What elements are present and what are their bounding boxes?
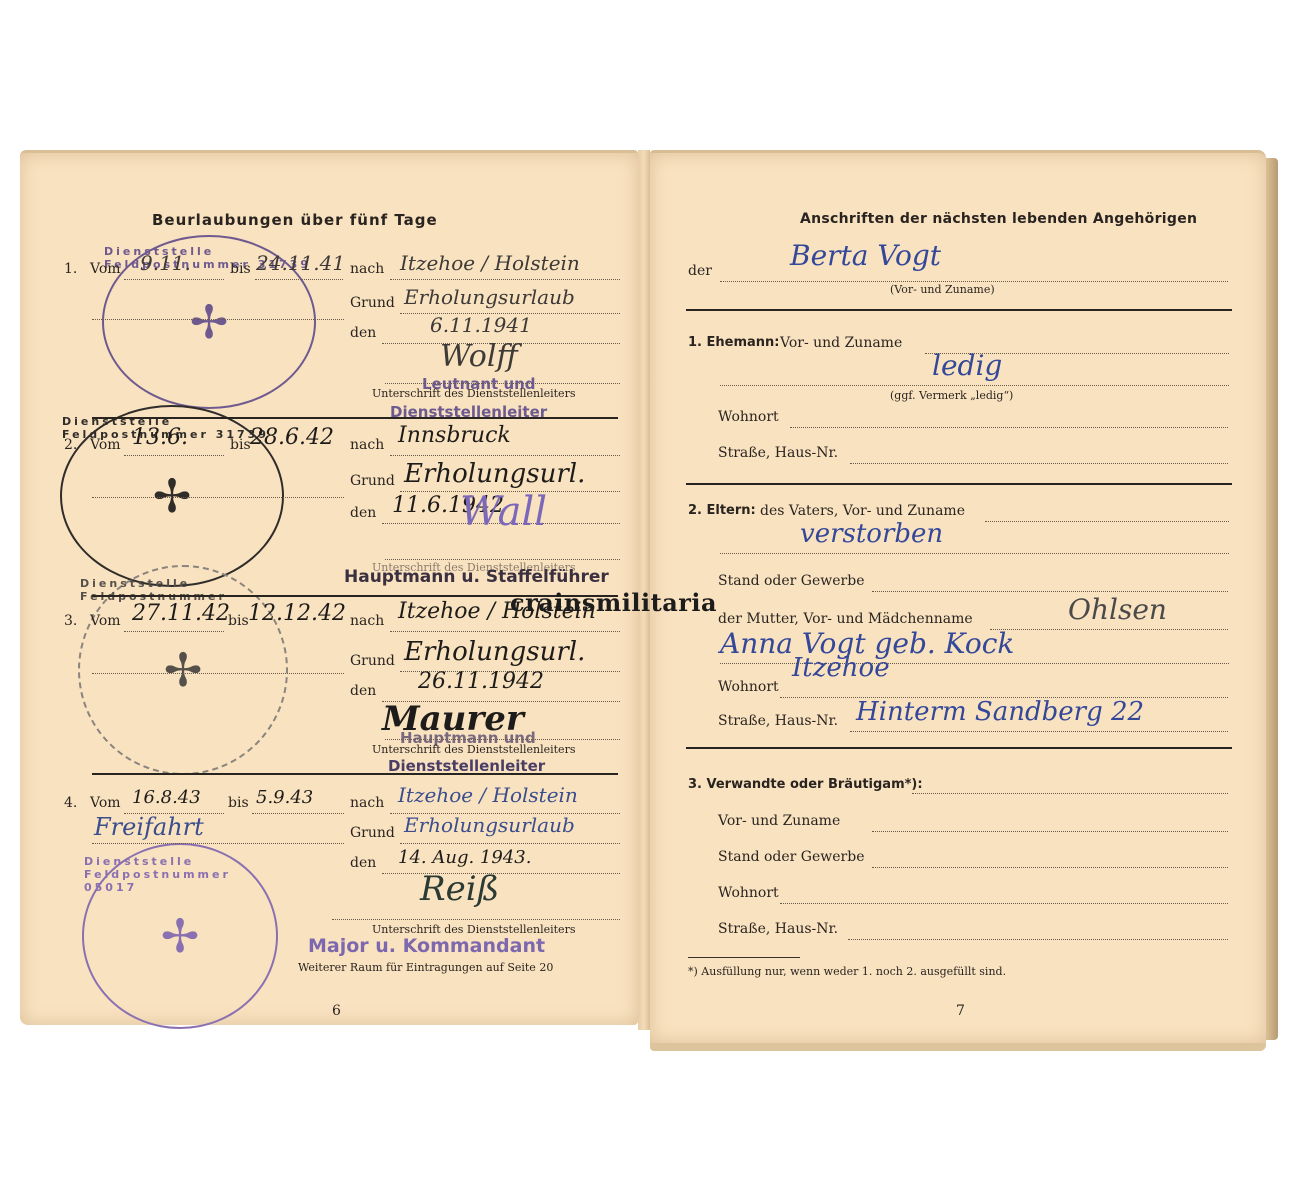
entry-grund-value: Erholungsurl. — [404, 637, 585, 667]
parents-wohnort-value: Itzehoe — [792, 653, 890, 683]
officer-signature: Wolff — [440, 339, 518, 374]
stamp-ring-text: Dienststelle Feldpostnummer — [80, 577, 286, 603]
eagle-emblem-icon: ✢ — [190, 299, 229, 345]
husband-strasse-label: Straße, Haus-Nr. — [718, 445, 838, 461]
stamp-ring-text: Dienststelle Feldpostnummer 05017 — [84, 855, 276, 894]
grund-label: Grund — [350, 295, 395, 311]
entry-number: 3. — [64, 613, 77, 629]
nach-label: nach — [350, 795, 384, 811]
footnote-divider — [688, 957, 800, 958]
grund-label: Grund — [350, 473, 395, 489]
entry-vom-value: 9.11. — [140, 251, 191, 275]
nach-label: nach — [350, 261, 384, 277]
entry-extra-note: Freifahrt — [94, 813, 204, 841]
entry-nach-value: Innsbruck — [398, 423, 511, 448]
officer-signature: Reiß — [420, 869, 499, 909]
entry-bis-value: 5.9.43 — [256, 787, 313, 808]
husband-name-value: ledig — [932, 349, 1002, 382]
entry-bis-value: 28.6.42 — [250, 425, 334, 450]
mother-name-label: der Mutter, Vor- und Mädchenname — [718, 611, 973, 627]
footnote: *) Ausfüllung nur, wenn weder 1. noch 2.… — [688, 965, 1006, 978]
vom-label: Vom — [90, 613, 121, 629]
bis-label: bis — [230, 437, 251, 453]
entry-bis-value: 24.11.41 — [256, 251, 345, 275]
eagle-emblem-icon: ✢ — [153, 473, 192, 519]
entry-number: 4. — [64, 795, 77, 811]
right-page-heading: Anschriften der nächsten lebenden Angehö… — [800, 211, 1197, 227]
bis-label: bis — [228, 795, 249, 811]
nach-label: nach — [350, 437, 384, 453]
entry-nach-value: Itzehoe / Holstein — [400, 251, 580, 275]
entry-grund-value: Erholungsurl. — [404, 459, 585, 489]
left-page-heading: Beurlaubungen über fünf Tage — [152, 211, 438, 229]
page-number-7: 7 — [956, 1003, 965, 1019]
parents-strasse-value: Hinterm Sandberg 22 — [856, 697, 1144, 727]
entry-den-value: 26.11.1942 — [418, 669, 544, 694]
parents-wohnort-label: Wohnort — [718, 679, 779, 695]
page-edge — [1266, 158, 1278, 1040]
continuation-note: Weiterer Raum für Eintragungen auf Seite… — [298, 961, 553, 974]
entry-grund-value: Erholungsurlaub — [404, 813, 575, 837]
den-label: den — [350, 505, 376, 521]
relative-strasse-label: Straße, Haus-Nr. — [718, 921, 838, 937]
der-label: der — [688, 263, 712, 279]
nach-label: nach — [350, 613, 384, 629]
bis-label: bis — [230, 261, 251, 277]
entry-den-value: 6.11.1941 — [430, 313, 532, 337]
husband-name-label: Vor- und Zuname — [780, 335, 902, 351]
eagle-emblem-icon: ✢ — [161, 913, 200, 959]
vom-label: Vom — [90, 437, 121, 453]
den-label: den — [350, 683, 376, 699]
page-number-6: 6 — [332, 1003, 341, 1019]
entry-vom-value: 13.6. — [132, 425, 188, 450]
officer-signature: Wall — [460, 489, 547, 535]
den-label: den — [350, 855, 376, 871]
entry-number: 1. — [64, 261, 77, 277]
mother-name-correction: Ohlsen — [1068, 593, 1167, 626]
official-stamp-4: ✢ Dienststelle Feldpostnummer 05017 — [82, 843, 278, 1029]
eagle-emblem-icon: ✢ — [164, 647, 203, 693]
entry-bis-value: 12.12.42 — [248, 601, 346, 626]
grund-label: Grund — [350, 825, 395, 841]
bis-label: bis — [228, 613, 249, 629]
name-caption: (Vor- und Zuname) — [890, 283, 995, 296]
open-booklet: Beurlaubungen über fünf Tage ✢ Dienstste… — [20, 150, 1282, 1050]
parents-strasse-label: Straße, Haus-Nr. — [718, 713, 838, 729]
father-name-value: verstorben — [800, 519, 943, 549]
husband-name-caption: (ggf. Vermerk „ledig“) — [890, 389, 1013, 402]
grund-label: Grund — [350, 653, 395, 669]
watermark-text: crainsmilitaria — [510, 588, 717, 617]
section-2-title: 2. Eltern: — [688, 503, 756, 518]
right-page: Anschriften der nächsten lebenden Angehö… — [650, 150, 1266, 1051]
signature-caption: Unterschrift des Dienststellenleiters — [372, 387, 575, 400]
signature-caption: Unterschrift des Dienststellenleiters — [372, 743, 575, 756]
vom-label: Vom — [90, 261, 121, 277]
relative-name-label: Vor- und Zuname — [718, 813, 840, 829]
entry-number: 2. — [64, 437, 77, 453]
husband-wohnort-label: Wohnort — [718, 409, 779, 425]
vom-label: Vom — [90, 795, 121, 811]
rank-stamp-line-1: Hauptmann u. Staffelführer — [344, 567, 609, 587]
entry-grund-value: Erholungsurlaub — [404, 285, 575, 309]
section-3-title: 3. Verwandte oder Bräutigam*): — [688, 777, 923, 792]
entry-den-value: 14. Aug. 1943. — [398, 847, 531, 868]
relative-name-value: Berta Vogt — [790, 239, 941, 272]
rank-stamp-line-1: Major u. Kommandant — [308, 935, 545, 957]
entry-vom-value: 16.8.43 — [132, 787, 201, 808]
father-name-label: des Vaters, Vor- und Zuname — [760, 503, 965, 519]
relative-occupation-label: Stand oder Gewerbe — [718, 849, 865, 865]
relative-wohnort-label: Wohnort — [718, 885, 779, 901]
entry-nach-value: Itzehoe / Holstein — [398, 783, 578, 807]
den-label: den — [350, 325, 376, 341]
entry-vom-value: 27.11.42 — [132, 601, 230, 626]
section-1-title: 1. Ehemann: — [688, 335, 780, 350]
father-occupation-label: Stand oder Gewerbe — [718, 573, 865, 589]
